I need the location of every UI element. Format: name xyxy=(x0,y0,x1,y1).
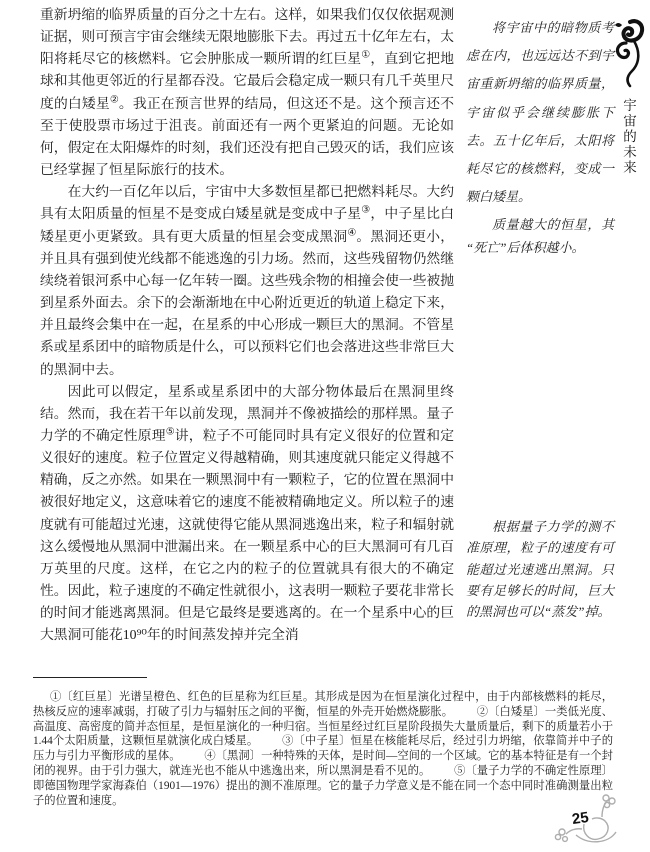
page-number: 25 xyxy=(571,809,590,828)
chapter-flourish-icon xyxy=(614,19,646,89)
chapter-title-vertical: 宇宙的未来 xyxy=(618,98,638,194)
paragraph-stars-burn-out: 在大约一百亿年以后，宇宙中大多数恒星都已把燃料耗尽。大约具有太阳质量的恒星不是变… xyxy=(40,181,454,380)
footnotes-block: ①〔红巨星〕光谱呈橙色、红色的巨星称为红巨星。其形成是因为在恒星演化过程中，由于… xyxy=(33,690,613,808)
margin-note-uncertainty: 根据量子力学的测不准原理，粒子的速度有可能超过光速逃出黑洞。只要有足够长的时间，… xyxy=(466,516,614,622)
paragraph-sun-red-giant: 重新坍缩的临界质量的百分之十左右。这样，如果我们仅仅依据观测证据，则可预言宇宙会… xyxy=(40,4,454,181)
page-sprig-icon xyxy=(546,794,638,848)
margin-note-dark-matter: 将宇宙中的暗物质考虑在内，也远远达不到宇宙重新坍缩的临界质量，宇宙似乎会继续膨胀… xyxy=(466,14,614,211)
page-number-area: 25 xyxy=(546,794,638,848)
main-text-column: 重新坍缩的临界质量的百分之十左右。这样，如果我们仅仅依据观测证据，则可预言宇宙会… xyxy=(40,4,454,647)
footnote-divider xyxy=(33,677,147,678)
paragraph-black-holes-evaporate: 因此可以假定，星系或星系团中的大部分物体最后在黑洞里终结。然而，我在若干年以前发… xyxy=(40,381,454,647)
book-page: 重新坍缩的临界质量的百分之十左右。这样，如果我们仅仅依据观测证据，则可预言宇宙会… xyxy=(0,0,650,852)
margin-note-star-death: 质量越大的恒星，其“死亡”后体积越小。 xyxy=(466,214,614,259)
